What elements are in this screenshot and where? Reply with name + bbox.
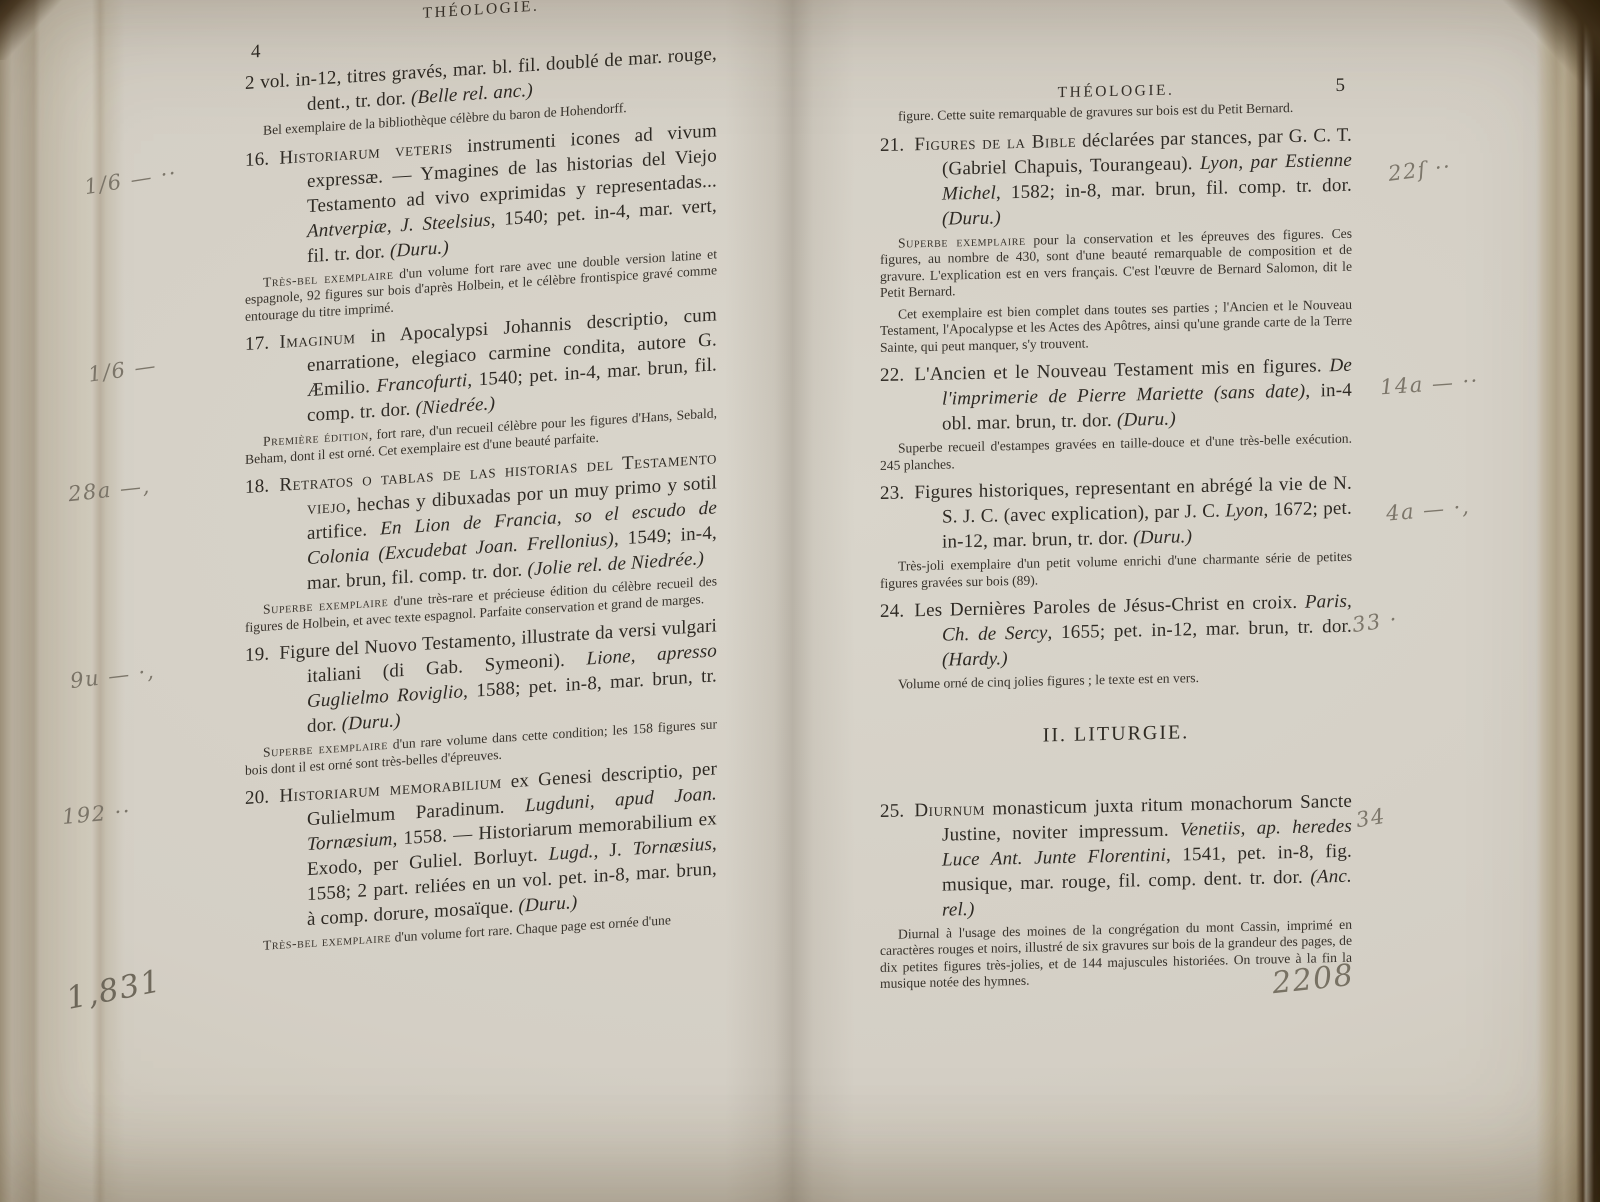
entry-number: 24.	[880, 600, 914, 622]
entry-number: 19.	[245, 643, 279, 666]
entry-21-note-1: Superbe exemplaire pour la conservation …	[880, 225, 1352, 301]
right-page: THÉOLOGIE. 5 figure. Cette suite remarqu…	[880, 78, 1352, 998]
entry-text: Figures de la Bible déclarées par stance…	[914, 124, 1352, 229]
pencil-annotation: 34	[1354, 804, 1387, 832]
right-page-edges-and-cover	[1536, 0, 1600, 1202]
entry-number: 18.	[245, 475, 279, 498]
catalog-entry-25: 25.Diurnum monasticum juxta ritum monach…	[880, 788, 1352, 923]
entry-text: Imaginum in Apocalypsi Johannis descript…	[279, 304, 717, 426]
entry-21-note-2: Cet exemplaire est bien complet dans tou…	[880, 296, 1352, 356]
cover-corner-top-right	[1430, 0, 1600, 110]
entry-23-note: Très-joli exemplaire d'un petit volume e…	[880, 549, 1352, 592]
entry-text: L'Ancien et le Nouveau Testament mis en …	[914, 355, 1352, 435]
entry-text: Figures historiques, representant en abr…	[914, 473, 1352, 553]
left-page: THÉOLOGIE. 4 2 vol. in-12, titres gravés…	[245, 0, 717, 961]
entry-text: Historiarum memorabilium ex Genesi descr…	[279, 758, 717, 930]
book-gutter-shadow	[725, 0, 855, 1202]
entry-number: 21.	[880, 134, 914, 156]
catalog-entry-24: 24.Les Dernières Paroles de Jésus-Christ…	[880, 589, 1352, 674]
section-heading-liturgie: II. LITURGIE.	[880, 717, 1352, 750]
entry-22-note: Superbe recueil d'estampes gravées en ta…	[880, 431, 1352, 474]
entry-number: 17.	[245, 332, 279, 355]
cover-corner-top-left	[0, 0, 110, 60]
catalog-entry-22: 22.L'Ancien et le Nouveau Testament mis …	[880, 353, 1352, 438]
entry-number: 22.	[880, 364, 914, 386]
entry-text: Figure del Nuovo Testamento, illustrate …	[279, 615, 717, 737]
right-page-number: 5	[1336, 75, 1347, 97]
entry-text: Les Dernières Paroles de Jésus-Christ en…	[914, 591, 1352, 671]
entry-number: 23.	[880, 482, 914, 504]
catalog-entry-23: 23.Figures historiques, representant en …	[880, 471, 1352, 556]
catalog-entry-21: 21.Figures de la Bible déclarées par sta…	[880, 122, 1352, 232]
entry-number: 25.	[880, 800, 914, 822]
open-book-photo: THÉOLOGIE. 4 2 vol. in-12, titres gravés…	[0, 0, 1600, 1202]
entry-text: Historiarum veteris instrumenti icones a…	[279, 120, 717, 267]
entry-number: 20.	[245, 786, 279, 809]
entry-text: Retratos o tablas de las historias del T…	[279, 447, 717, 594]
catalog-entry-20: 20.Historiarum memorabilium ex Genesi de…	[245, 756, 717, 936]
entry-number: 16.	[245, 147, 279, 170]
entry-text: Diurnum monasticum juxta ritum monachoru…	[914, 790, 1352, 920]
